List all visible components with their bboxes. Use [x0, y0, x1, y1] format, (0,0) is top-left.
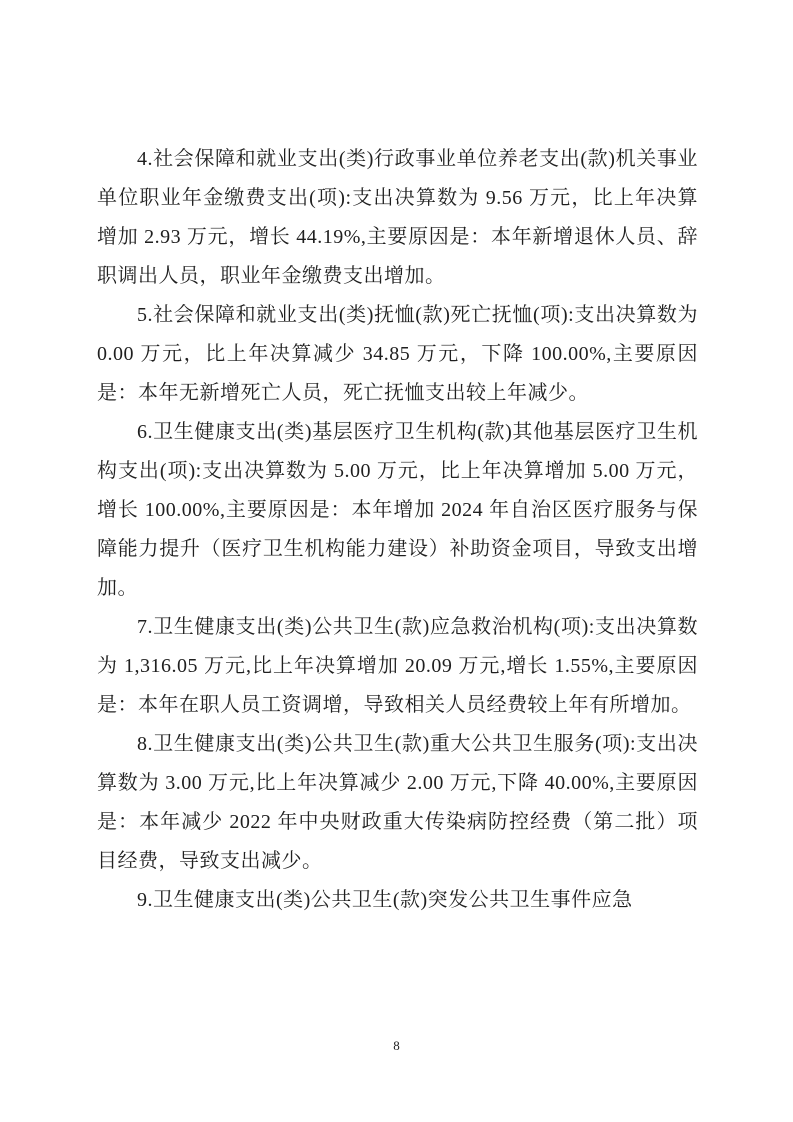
document-body: 4.社会保障和就业支出(类)行政事业单位养老支出(款)机关事业单位职业年金缴费支…	[97, 140, 698, 920]
paragraph-item-7: 7.卫生健康支出(类)公共卫生(款)应急救治机构(项):支出决算数为 1,316…	[97, 608, 698, 725]
paragraph-item-9: 9.卫生健康支出(类)公共卫生(款)突发公共卫生事件应急	[97, 881, 698, 920]
paragraph-item-5: 5.社会保障和就业支出(类)抚恤(款)死亡抚恤(项):支出决算数为 0.00 万…	[97, 296, 698, 413]
page-number: 8	[0, 1038, 793, 1054]
paragraph-item-4: 4.社会保障和就业支出(类)行政事业单位养老支出(款)机关事业单位职业年金缴费支…	[97, 140, 698, 296]
document-page: { "document": { "paragraphs": [ { "text"…	[0, 0, 793, 1122]
paragraph-item-8: 8.卫生健康支出(类)公共卫生(款)重大公共卫生服务(项):支出决算数为 3.0…	[97, 725, 698, 881]
paragraph-item-6: 6.卫生健康支出(类)基层医疗卫生机构(款)其他基层医疗卫生机构支出(项):支出…	[97, 413, 698, 608]
